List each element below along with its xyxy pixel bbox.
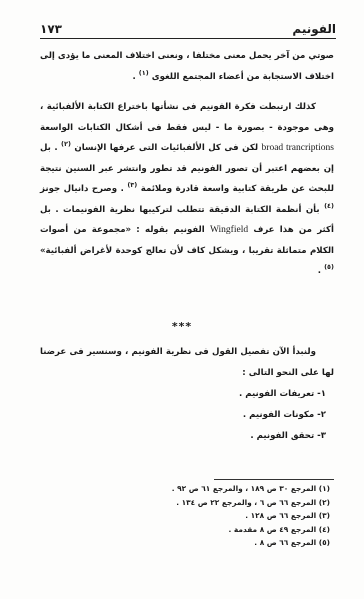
page-header: الفونيم ١٧٣ [40, 14, 336, 36]
footnote: (٢) المرجع ٦٦ ص ٦ ، والمرجع ٢٢ ص ١٣٤ . [40, 496, 330, 510]
text-run: . وصرح دانيال جونز [40, 184, 127, 194]
text-run: صوتي من آخر يحمل معنى مختلفا ، ونعنى اخت… [40, 51, 334, 82]
main-text: صوتي من آخر يحمل معنى مختلفا ، ونعنى اخت… [40, 46, 334, 282]
footnote-ref: (٥) [324, 263, 334, 271]
outline-item: ٣- تحقق الفونيم . [40, 426, 334, 447]
section-outline: ولنبدأ الآن تفصيل القول فى نظرية الفونيم… [40, 342, 334, 447]
footnote-ref: (١) [139, 69, 149, 77]
text-run: كذلك ارتبطت فكرة الفونيم فى نشأتها باختر… [40, 102, 334, 133]
footnotes: (١) المرجع ٣٠ ص ١٨٩ ، والمرجع ٦١ ص ٩٢ . … [40, 482, 330, 550]
footnote-ref: (٣) [127, 181, 137, 189]
text-run: لكن فى كل الألفبائيات التى عرفها الإنسان [71, 143, 262, 153]
footnote-ref: (٤) [324, 202, 334, 210]
latin-term: Wingfield [210, 225, 248, 235]
footnote: (٥) المرجع ٦٦ ص ٨ . [40, 536, 330, 550]
outline-intro: ولنبدأ الآن تفصيل القول فى نظرية الفونيم… [40, 342, 334, 384]
paragraph-1: صوتي من آخر يحمل معنى مختلفا ، ونعنى اخت… [40, 46, 334, 87]
footnote: (٣) المرجع ٦٦ ص ١٢٨ . [40, 509, 330, 523]
page-number: ١٧٣ [40, 22, 62, 36]
outline-item: ٢- مكونات الفونيم . [40, 405, 334, 426]
latin-term: broad trancriptions [262, 143, 334, 153]
section-separator: *** [0, 320, 364, 333]
footnote-divider [214, 479, 334, 480]
outline-item: ١- تعريفات الفونيم . [40, 384, 334, 405]
footnote-ref: (٢) [61, 140, 71, 148]
document-page: الفونيم ١٧٣ صوتي من آخر يحمل معنى مختلفا… [0, 0, 364, 599]
footnote: (١) المرجع ٣٠ ص ١٨٩ ، والمرجع ٦١ ص ٩٢ . [40, 482, 330, 496]
paragraph-2: كذلك ارتبطت فكرة الفونيم فى نشأتها باختر… [40, 97, 334, 282]
header-divider [40, 38, 336, 39]
footnote: (٤) المرجع ٤٩ ص ٨ مقدمة . [40, 523, 330, 537]
running-title: الفونيم [292, 22, 336, 36]
